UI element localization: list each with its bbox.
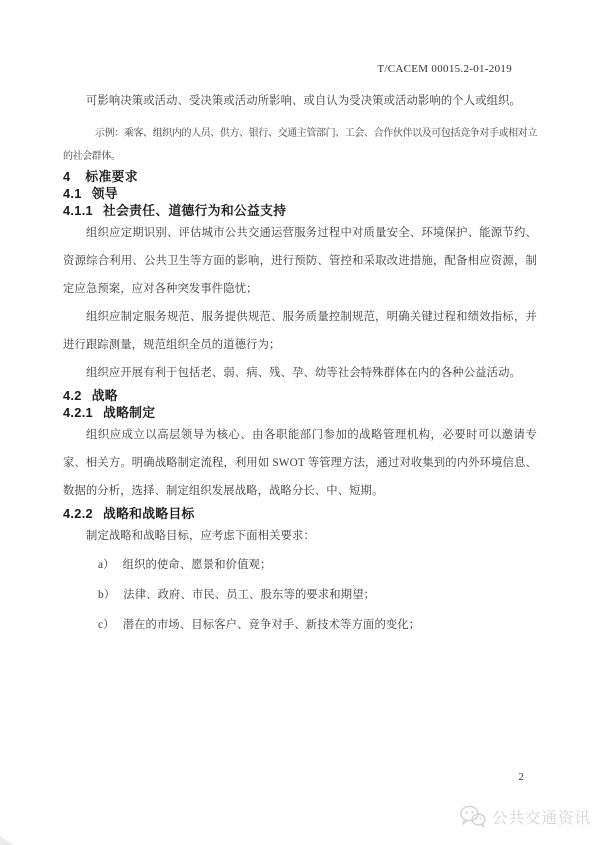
heading-4-1-leadership: 4.1领导	[63, 185, 537, 202]
list-item-marker: b）	[98, 589, 115, 601]
paragraph-service-specifications: 组织应制定服务规范、服务提供规范、服务质量控制规范，明确关键过程和绩效指标，并进…	[63, 303, 537, 359]
heading-number: 4.2.1	[63, 405, 93, 420]
watermark: 公共交通资讯	[459, 805, 591, 828]
paragraph-public-welfare: 组织应开展有利于包括老、弱、病、残、孕、幼等社会特殊群体在内的各种公益活动。	[63, 359, 537, 387]
paragraph-risk-identification: 组织应定期识别、评估城市公共交通运营服务过程中对质量安全、环境保护、能源节约、资…	[63, 219, 537, 303]
heading-4-1-1-social-responsibility: 4.1.1社会责任、道德行为和公益支持	[63, 202, 537, 219]
heading-4-2-1-strategy-formulation: 4.2.1战略制定	[63, 404, 537, 421]
heading-title: 战略	[92, 388, 118, 403]
heading-title: 标准要求	[85, 169, 137, 184]
scan-corner-artifact	[0, 836, 14, 845]
heading-title: 战略和战略目标	[103, 506, 195, 521]
list-item-marker: c）	[98, 619, 115, 631]
heading-number: 4.2	[63, 388, 82, 403]
heading-4-standard-requirements: 4标准要求	[63, 168, 537, 185]
page-number: 2	[519, 771, 525, 783]
list-item: a）组织的使命、愿景和价值观；	[63, 550, 537, 580]
list-item-marker: a）	[98, 559, 115, 571]
heading-number: 4	[63, 169, 70, 184]
paragraph-stakeholder-definition: 可影响决策或活动、受决策或活动所影响、或自认为受决策或活动影响的个人或组织。	[63, 87, 537, 115]
watermark-label: 公共交通资讯	[492, 806, 591, 828]
heading-title: 战略制定	[103, 405, 155, 420]
heading-number: 4.1	[63, 186, 82, 201]
heading-4-2-2-strategy-goals: 4.2.2战略和战略目标	[63, 505, 537, 522]
list-item: c）潜在的市场、目标客户、竞争对手、新技术等方面的变化；	[63, 610, 537, 640]
heading-number: 4.2.2	[63, 506, 93, 521]
heading-title: 社会责任、道德行为和公益支持	[103, 203, 286, 218]
wechat-icon	[459, 805, 486, 828]
list-item: b）法律、政府、市民、员工、股东等的要求和期望；	[63, 580, 537, 610]
example-note: 示例：乘客、组织内的人员、供方、银行、交通主管部门、工会、合作伙伴以及可包括竞争…	[63, 122, 537, 168]
heading-4-2-strategy: 4.2战略	[63, 387, 537, 404]
paragraph-strategy-body: 组织应成立以高层领导为核心、由各职能部门参加的战略管理机构，必要时可以邀请专家、…	[63, 421, 537, 505]
document-page: T/CACEM 00015.2-01-2019 可影响决策或活动、受决策或活动所…	[0, 0, 600, 845]
requirements-list: a）组织的使命、愿景和价值观； b）法律、政府、市民、员工、股东等的要求和期望；…	[63, 550, 537, 640]
doc-code: T/CACEM 00015.2-01-2019	[377, 63, 512, 75]
heading-number: 4.1.1	[63, 203, 93, 218]
paragraph-list-intro: 制定战略和战略目标，应考虑下面相关要求：	[63, 522, 537, 550]
document-content: 可影响决策或活动、受决策或活动所影响、或自认为受决策或活动影响的个人或组织。 示…	[63, 87, 537, 640]
list-item-text: 组织的使命、愿景和价值观；	[123, 559, 272, 571]
list-item-text: 潜在的市场、目标客户、竞争对手、新技术等方面的变化；	[123, 619, 421, 631]
heading-title: 领导	[92, 186, 118, 201]
list-item-text: 法律、政府、市民、员工、股东等的要求和期望；	[123, 589, 375, 601]
